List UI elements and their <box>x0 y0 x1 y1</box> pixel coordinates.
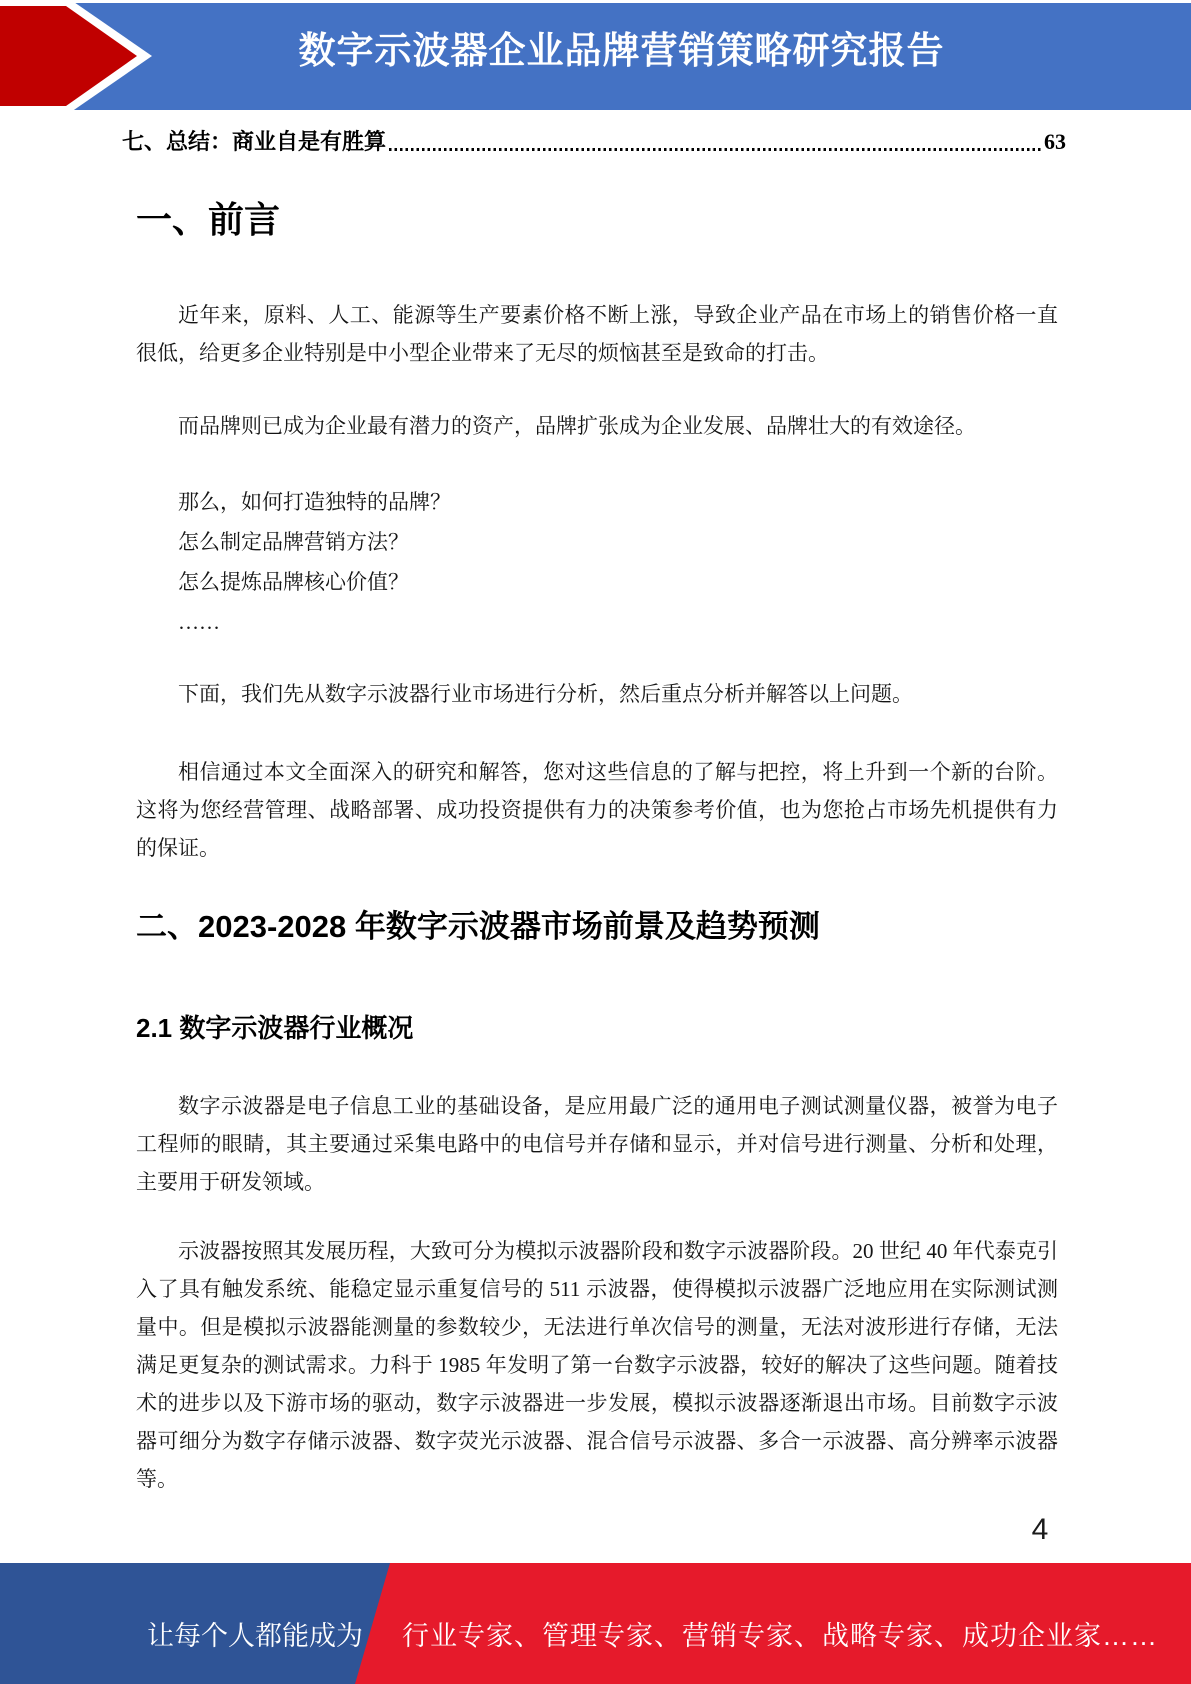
paragraph-brand-asset: 而品牌则已成为企业最有潜力的资产，品牌扩张成为企业发展、品牌壮大的有效途径。 <box>136 407 1058 445</box>
footer-slogan-left: 让每个人都能成为 <box>147 1623 363 1650</box>
paragraph-price-rise: 近年来，原料、人工、能源等生产要素价格不断上涨，导致企业产品在市场上的销售价格一… <box>136 296 1058 372</box>
page-footer: 让每个人都能成为 行业专家、管理专家、营销专家、战略专家、成功企业家…… <box>0 1563 1191 1684</box>
section-heading-market-outlook: 二、2023-2028 年数字示波器市场前景及趋势预测 <box>136 906 1058 948</box>
section-heading-foreword: 一、前言 <box>136 198 280 242</box>
footer-slogan-right: 行业专家、管理专家、营销专家、战略专家、成功企业家…… <box>402 1623 1158 1650</box>
question-line: 怎么制定品牌营销方法？ <box>136 522 1058 562</box>
paragraph-oscilloscope-definition: 数字示波器是电子信息工业的基础设备，是应用最广泛的通用电子测试测量仪器，被誉为电… <box>136 1087 1058 1201</box>
toc-entry-label: 七、总结：商业自是有胜算 <box>122 127 386 157</box>
toc-dot-leader <box>389 148 1041 151</box>
question-line: 那么，如何打造独特的品牌？ <box>136 482 1058 522</box>
ellipsis-line: …… <box>136 602 1058 642</box>
question-list: 那么，如何打造独特的品牌？ 怎么制定品牌营销方法？ 怎么提炼品牌核心价值？ …… <box>136 482 1058 642</box>
page-header: 数字示波器企业品牌营销策略研究报告 <box>0 0 1191 112</box>
page-number: 4 <box>1016 1511 1064 1549</box>
document-page: 数字示波器企业品牌营销策略研究报告 七、总结：商业自是有胜算 63 一、前言 近… <box>0 0 1191 1684</box>
paragraph-oscilloscope-history: 示波器按照其发展历程，大致可分为模拟示波器阶段和数字示波器阶段。20 世纪 40… <box>136 1232 1058 1498</box>
paragraph-value-statement: 相信通过本文全面深入的研究和解答，您对这些信息的了解与把控，将上升到一个新的台阶… <box>136 753 1058 867</box>
toc-page-number: 63 <box>1044 127 1066 157</box>
question-line: 怎么提炼品牌核心价值？ <box>136 562 1058 602</box>
paragraph-analysis-intro: 下面，我们先从数字示波器行业市场进行分析，然后重点分析并解答以上问题。 <box>136 675 1058 713</box>
report-title: 数字示波器企业品牌营销策略研究报告 <box>0 29 1191 73</box>
toc-entry[interactable]: 七、总结：商业自是有胜算 63 <box>122 127 1066 157</box>
subsection-heading-industry-overview: 2.1 数字示波器行业概况 <box>136 1010 413 1046</box>
